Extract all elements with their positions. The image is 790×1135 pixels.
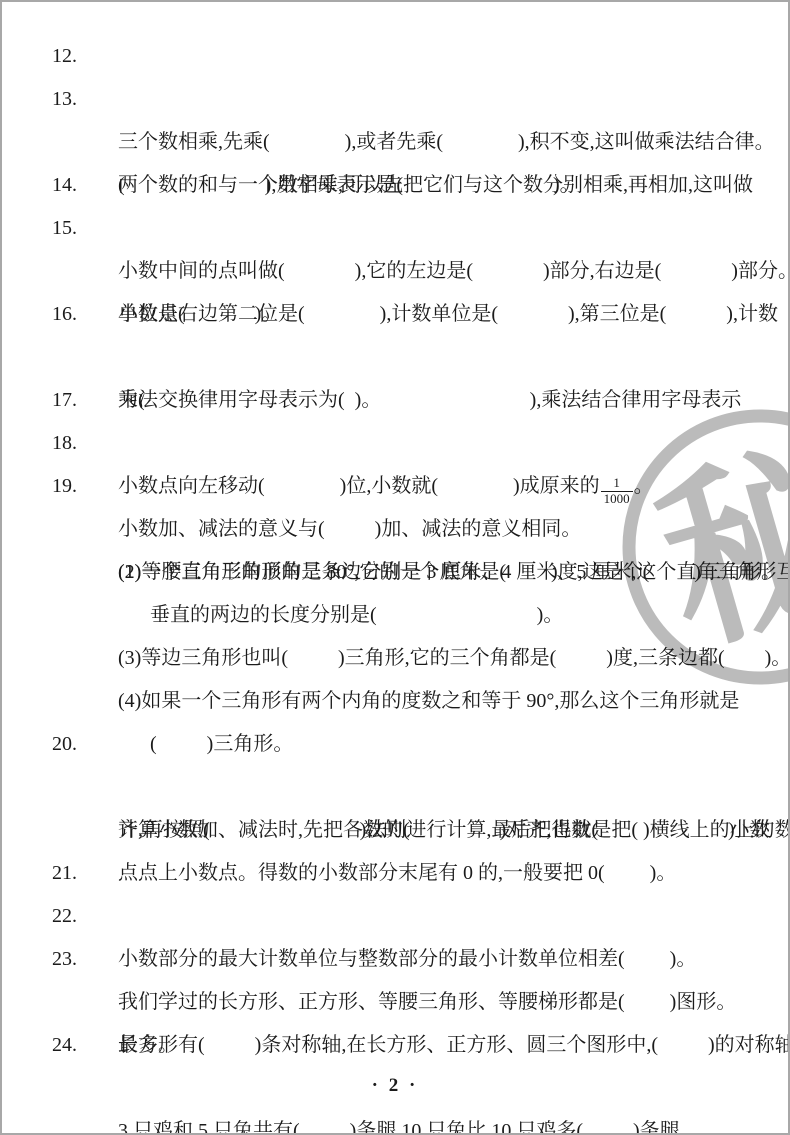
question-number: 24.: [52, 1024, 77, 1067]
question-line: 23. 长方形有( )条对称轴,在长方形、正方形、圆三个图形中,( )的对称轴: [2, 938, 788, 981]
question-line: ( )三角形。: [2, 680, 788, 723]
question-number: 18.: [52, 422, 77, 465]
question-number: 20.: [52, 723, 77, 766]
question-line: 齐,再按照( )法则进行计算,最后把得数( )横线上的小数: [2, 766, 788, 809]
question-number: 13.: [52, 78, 77, 121]
question-line: 16. 乘法交换律用字母表示为( ),乘法结合律用字母表示: [2, 293, 788, 336]
question-number: 17.: [52, 379, 77, 422]
question-line: 17. 小数点向左移动( )位,小数就( )成原来的11000。: [2, 379, 788, 422]
question-number: 22.: [52, 895, 77, 938]
question-line: (3)等边三角形也叫( )三角形,它的三个角都是( )度,三条边都( )。: [2, 594, 788, 637]
question-number: 23.: [52, 938, 77, 981]
question-line: 18. 小数加、减法的意义与( )加、减法的意义相同。: [2, 422, 788, 465]
question-number: 15.: [52, 207, 77, 250]
question-line: 最多。: [2, 981, 788, 1024]
question-line: ( ),用字母表示是( )。: [2, 121, 788, 164]
question-line: 点点上小数点。得数的小数部分末尾有 0 的,一般要把 0( )。: [2, 809, 788, 852]
question-line: 12. 三个数相乘,先乘( ),或者先乘( ),积不变,这叫做乘法结合律。: [2, 35, 788, 78]
question-line: (2)一个直角三角形的三条边分别是 3 厘米、4 厘米、5 厘米,这个直角三角形…: [2, 508, 788, 551]
question-number: 14.: [52, 164, 77, 207]
question-line: 垂直的两边的长度分别是( )。: [2, 551, 788, 594]
question-line: 22. 我们学过的长方形、正方形、等腰三角形、等腰梯形都是( )图形。: [2, 895, 788, 938]
worksheet-page: 秘 12. 三个数相乘,先乘( ),或者先乘( ),积不变,这叫做乘法结合律。 …: [0, 0, 790, 1135]
question-number: 19.: [52, 465, 77, 508]
question-line: 15. 小数点右边第二位是( ),计数单位是( ),第三位是( ),计数: [2, 207, 788, 250]
page-number: · 2 ·: [2, 1075, 788, 1097]
question-line: 单位是( )。: [2, 250, 788, 293]
question-line: 13. 两个数的和与一个数相乘,可以先把它们与这个数分别相乘,再相加,这叫做: [2, 78, 788, 121]
question-line: 14. 小数中间的点叫做( ),它的左边是( )部分,右边是( )部分。: [2, 164, 788, 207]
question-text: 3 只鸡和 5 只兔共有( )条腿,10 只兔比 10 只鸡多( )条腿。: [118, 1120, 700, 1135]
question-list: 12. 三个数相乘,先乘( ),或者先乘( ),积不变,这叫做乘法结合律。 13…: [2, 35, 788, 1067]
question-line: 为( )。: [2, 336, 788, 379]
question-line: 24. 3 只鸡和 5 只兔共有( )条腿,10 只兔比 10 只鸡多( )条腿…: [2, 1024, 788, 1067]
question-line: 19. (1)等腰三角形的顶角是 80°,它的一个底角是( )度,这是个( )三…: [2, 465, 788, 508]
question-line: (4)如果一个三角形有两个内角的度数之和等于 90°,那么这个三角形就是: [2, 637, 788, 680]
question-number: 21.: [52, 852, 77, 895]
question-line: 21. 小数部分的最大计数单位与整数部分的最小计数单位相差( )。: [2, 852, 788, 895]
question-number: 16.: [52, 293, 77, 336]
question-number: 12.: [52, 35, 77, 78]
question-line: 20. 计算小数加、减法时,先把各数的( )对齐,也就是把( )上的数对: [2, 723, 788, 766]
